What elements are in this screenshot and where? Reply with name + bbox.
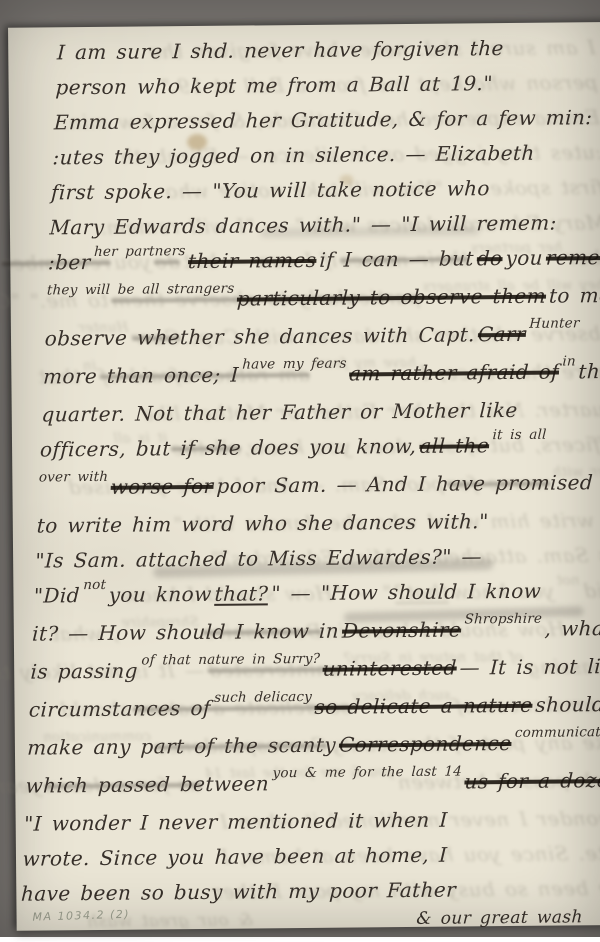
text-segment: have been so busy with my poor Father [21,878,457,906]
text-segment: I am sure I shd. never have forgiven the [57,36,505,64]
text-segment: should [535,692,600,717]
strikethrough-segment: their names [188,248,317,273]
insertion-segment: in [562,344,577,379]
strikethrough-segment: Devonshire [342,617,462,642]
insertion-segment: her partners [93,234,186,270]
text-segment: circumstances of [28,696,211,722]
strikethrough-segment: Carr [477,322,526,346]
insertion-segment: Hunter [529,306,581,341]
text-segment: more than once; I [43,363,240,389]
text-segment: & our great wash [416,907,583,929]
text-segment: to me." "Only [549,282,600,307]
insertion-segment: it is all [492,418,548,454]
strikethrough-segment: Correspondence [338,731,511,757]
text-segment: first spoke. — "You will take notice who [51,176,491,204]
text-segment: "Did [33,583,80,607]
text-segment: which passed between [25,771,269,797]
text-segment: — It is not likely that [459,653,600,679]
strikethrough-segment: worse for [110,474,214,499]
strikethrough-segment: do [476,246,503,270]
text-segment: you know [108,582,212,607]
manuscript-line: officers, but if she does you know,all t… [39,427,600,471]
text-segment: is passing [30,659,138,684]
text-segment: :utes they jogged on in silence. — Eliza… [52,141,535,170]
text-segment: :ber [48,250,92,274]
text-segment: "I wonder I never mentioned it when I [24,808,449,836]
manuscript-text: I am sure I shd. never have forgiven the… [19,30,600,937]
text-segment: , what [544,616,600,641]
manuscript-line: more than once; Ihave my fearsam rather … [42,354,600,398]
manuscript-line: person who kept me from a Ball at 19." [55,65,600,106]
insertion-segment: Shropshire [464,602,543,638]
text-segment: Emma expressed her Gratitude, & for a fe… [54,105,593,134]
manuscript-line: "Is Sam. attached to Miss Edwardes?" — [35,538,600,579]
text-segment: observe whether she dances with Capt. [44,322,475,350]
strikethrough-segment: so delicate a nature [314,693,533,719]
text-segment: officers, but if she does you know, [40,434,417,462]
manuscript-line: first spoke. — "You will take notice who [50,170,600,211]
strikethrough-segment: particularly to observe them [236,284,546,311]
insertion-segment: such delicacy [213,680,312,716]
insertion-segment: communication [514,715,600,751]
manuscript-line: circumstances ofsuch delicacyso delicate… [28,687,600,731]
manuscript-line: "I wonder I never mentioned it when I [23,801,600,842]
photo-background: I am sure I shd. never have forgiven the… [0,0,600,937]
manuscript-line: :utes they jogged on in silence. — Eliza… [52,135,600,176]
insertion-segment: not [83,568,107,603]
text-segment: to write him word who she dances with." [36,509,489,537]
text-segment: quarter. Not that her Father or Mother l… [41,398,518,427]
manuscript-line: wrote. Since you have been at home, I [22,836,600,877]
text-segment: poor Sam. — And I have promised [216,470,594,498]
manuscript-line: which passed betweenyou & me for the las… [25,763,600,807]
insertion-segment: over with [38,460,109,496]
strikethrough-segment: all the [419,433,490,458]
manuscript-line: I am sure I shd. never have forgiven the [56,30,600,71]
strikethrough-segment: am rather afraid of [349,360,560,386]
manuscript-line: Emma expressed her Gratitude, & for a fe… [53,100,600,141]
text-segment: person who kept me from a Ball at 19." [55,71,493,99]
strikethrough-segment: us for a dozen [464,768,600,794]
manuscript-line: is passingof that nature in Surry?uninte… [30,649,600,693]
underlined-segment: that? [214,581,269,606]
insertion-segment: you & me for the last 14 [272,754,463,791]
manuscript-page: I am sure I shd. never have forgiven the… [8,22,600,931]
manuscript-line: to write him word who she dances with." [36,503,600,544]
text-segment: if I can — but [319,246,474,271]
strikethrough-segment: remember [545,245,600,270]
text-segment: that [578,359,600,383]
text-segment: you [505,246,543,270]
text-segment: wrote. Since you have been at home, I [22,843,448,871]
insertion-segment: have my fears [241,347,347,383]
insertion-segment: they will be all strangers [46,272,235,309]
manuscript-line: they will be all strangersparticularly t… [46,278,600,322]
insertion-segment: of that nature in Surry? [141,642,321,679]
manuscript-line: over withworse forpoor Sam. — And I have… [38,465,600,509]
strikethrough-segment: uninterested [322,656,457,681]
